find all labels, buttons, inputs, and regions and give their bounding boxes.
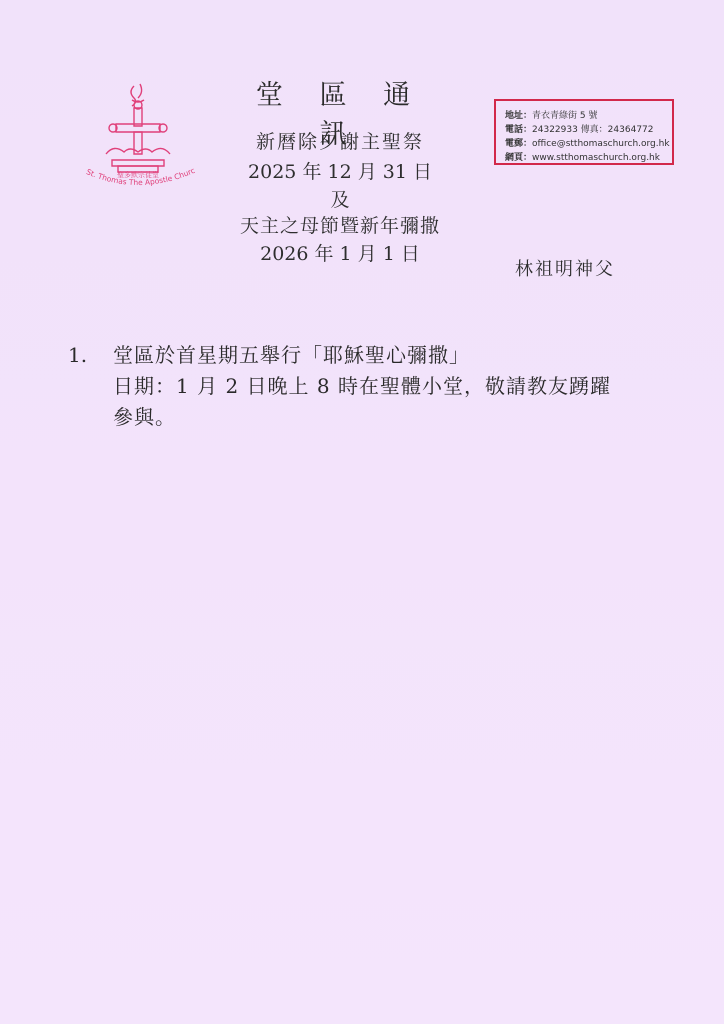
contact-phone: 電話：24322933 傳真：24364772 [505,123,672,137]
subtitle-mass-name: 新曆除夕謝主聖祭 [210,127,470,154]
item-body: 堂區於首星期五舉行「耶穌聖心彌撒」 日期：1 月 2 日晚上 8 時在聖體小堂，… [113,340,683,433]
subtitle-conjunction: 及 [210,185,470,212]
church-cross-logo-icon: 聖多默宗徒堂 St. Thomas The Apostle Church [76,80,201,192]
item-number: 1. [68,340,87,371]
church-logo: 聖多默宗徒堂 St. Thomas The Apostle Church [76,80,201,192]
contact-address: 地址：青衣青綠街 5 號 [505,109,672,123]
priest-name: 林祖明神父 [515,255,615,281]
item-line: 堂區於首星期五舉行「耶穌聖心彌撒」 [113,340,683,371]
contact-website: 網頁：www.stthomaschurch.org.hk [505,151,672,165]
contact-box: 地址：青衣青綠街 5 號 電話：24322933 傳真：24364772 電郵：… [494,99,674,165]
item-line: 參與。 [113,402,683,433]
subtitle-date-2: 2026 年 1 月 1 日 [210,239,470,266]
item-line: 日期：1 月 2 日晚上 8 時在聖體小堂，敬請教友踴躍 [113,371,683,402]
subtitle-feast-name: 天主之母節暨新年彌撒 [210,211,470,238]
subtitle-date-1: 2025 年 12 月 31 日 [210,157,470,184]
document-page: 聖多默宗徒堂 St. Thomas The Apostle Church 堂 區… [0,0,724,1024]
contact-email: 電郵：office@stthomaschurch.org.hk [505,137,672,151]
